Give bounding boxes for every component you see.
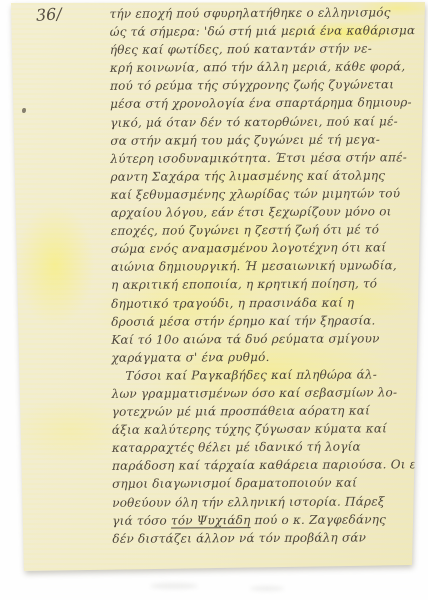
manuscript-line: κρή κοινωνία, από τήν άλλη μεριά, κάθε φ… xyxy=(110,57,426,77)
manuscript-line: ήθες καί φωτίδες, πού καταντάν στήν νε- xyxy=(110,39,426,59)
manuscript-line: ώς τά σήμερα: 'δώ στή μιά μεριά ένα καθά… xyxy=(110,21,426,41)
manuscript-line: λων γραμματισμένων όσο καί σεβασμίων λο- xyxy=(112,383,428,403)
page-number: 36/ xyxy=(35,4,62,26)
underlined-phrase: τόν Ψυχιάδη xyxy=(171,513,251,527)
manuscript-line: αιώνια δημιουργική. Ή μεσαιωνική υμνωδία… xyxy=(111,256,427,276)
manuscript-line-with-underline: γιά τόσο τόν Ψυχιάδη πού ο κ. Ζαγφεδάνης xyxy=(112,510,428,530)
manuscript-line: αρχαίου λόγου, εάν έτσι ξεχωρίζουν μόνο … xyxy=(111,202,427,222)
background-smudge xyxy=(250,586,284,591)
manuscript-line: καί ξεθυμασμένης χλωρίδας τών μιμητών το… xyxy=(111,184,427,204)
manuscript-line: άξια καλύτερης τύχης ζύγωσαν κύματα καί xyxy=(112,419,428,439)
manuscript-line: η ακριτική εποποιία, η κρητική ποίηση, τ… xyxy=(111,275,427,295)
manuscript-line: δέν διστάζει άλλον νά τόν προβάλη σάν xyxy=(112,528,428,548)
manuscript-line: Καί τό 10ο αιώνα τά δυό ρεύματα σμίγουν xyxy=(111,329,427,349)
manuscript-line: σημοι διαγωνισμοί δραματοποιούν καί xyxy=(112,474,428,494)
manuscript-line: δροσιά μέσα στήν έρημο καί τήν ξηρασία. xyxy=(111,311,427,331)
manuscript-line: μέσα στή χρονολογία ένα σπαρτάρημα δημιο… xyxy=(110,94,426,114)
manuscript-line: τήν εποχή πού σφυρηλατήθηκε ο ελληνισμός xyxy=(110,3,426,23)
manuscript-line: λύτερη ισοδυναμικότητα. Έτσι μέσα στήν α… xyxy=(110,148,426,168)
manuscript-line: γοτεχνών μέ μιά προσπάθεια αόρατη καί xyxy=(112,401,428,421)
manuscript-line: καταρραχτές θέλει μέ ιδανικό τή λογία xyxy=(112,437,428,457)
manuscript-line: σα στήν ακμή του μάς ζυγώνει μέ τή μεγα- xyxy=(110,130,426,150)
manuscript-line: νοθεύουν όλη τήν ελληνική ιστορία. Πάρεξ xyxy=(112,492,428,512)
background-smudge xyxy=(150,583,198,589)
paper-sheet: 36/ τήν εποχή πού σφυρηλατήθηκε ο ελληνι… xyxy=(0,0,428,600)
manuscript-line: παράδοση καί τάρχαία καθάρεια παριούσα. … xyxy=(112,456,428,476)
line-text-pre: γιά τόσο xyxy=(112,513,171,527)
line-text-post: πού ο κ. Ζαγφεδάνης xyxy=(250,512,386,527)
manuscript-line paragraph-start: Τόσοι καί Ραγκαβήδες καί πληθώρα άλ- xyxy=(111,365,427,385)
manuscript-line: δημοτικό τραγούδι, η πρασινάδα καί η xyxy=(111,293,427,313)
manuscript-line: γικό, μά όταν δέν τό κατορθώνει, πού καί… xyxy=(110,112,426,132)
manuscript-line: εποχές, πού ζυγώνει η ζεστή ζωή ότι μέ τ… xyxy=(111,220,427,240)
manuscript-line paragraph-end: χαράγματα σ' ένα ρυθμό. xyxy=(111,347,427,367)
manuscript-line: πού τό ρεύμα τής σύγχρονης ζωής ζυγώνετα… xyxy=(110,76,426,96)
manuscript-line: ραντη Σαχάρα τής λιμασμένης καί άτολμης xyxy=(110,166,426,186)
manuscript-line: σώμα ενός αναμασμένου λογοτέχνη ότι καί xyxy=(111,238,427,258)
paper-shadow: 36/ τήν εποχή πού σφυρηλατήθηκε ο ελληνι… xyxy=(0,0,428,600)
manuscript-text-block: τήν εποχή πού σφυρηλατήθηκε ο ελληνισμός… xyxy=(110,3,428,547)
ink-speck xyxy=(22,108,26,113)
scanned-manuscript-page: 36/ τήν εποχή πού σφυρηλατήθηκε ο ελληνι… xyxy=(0,0,428,600)
